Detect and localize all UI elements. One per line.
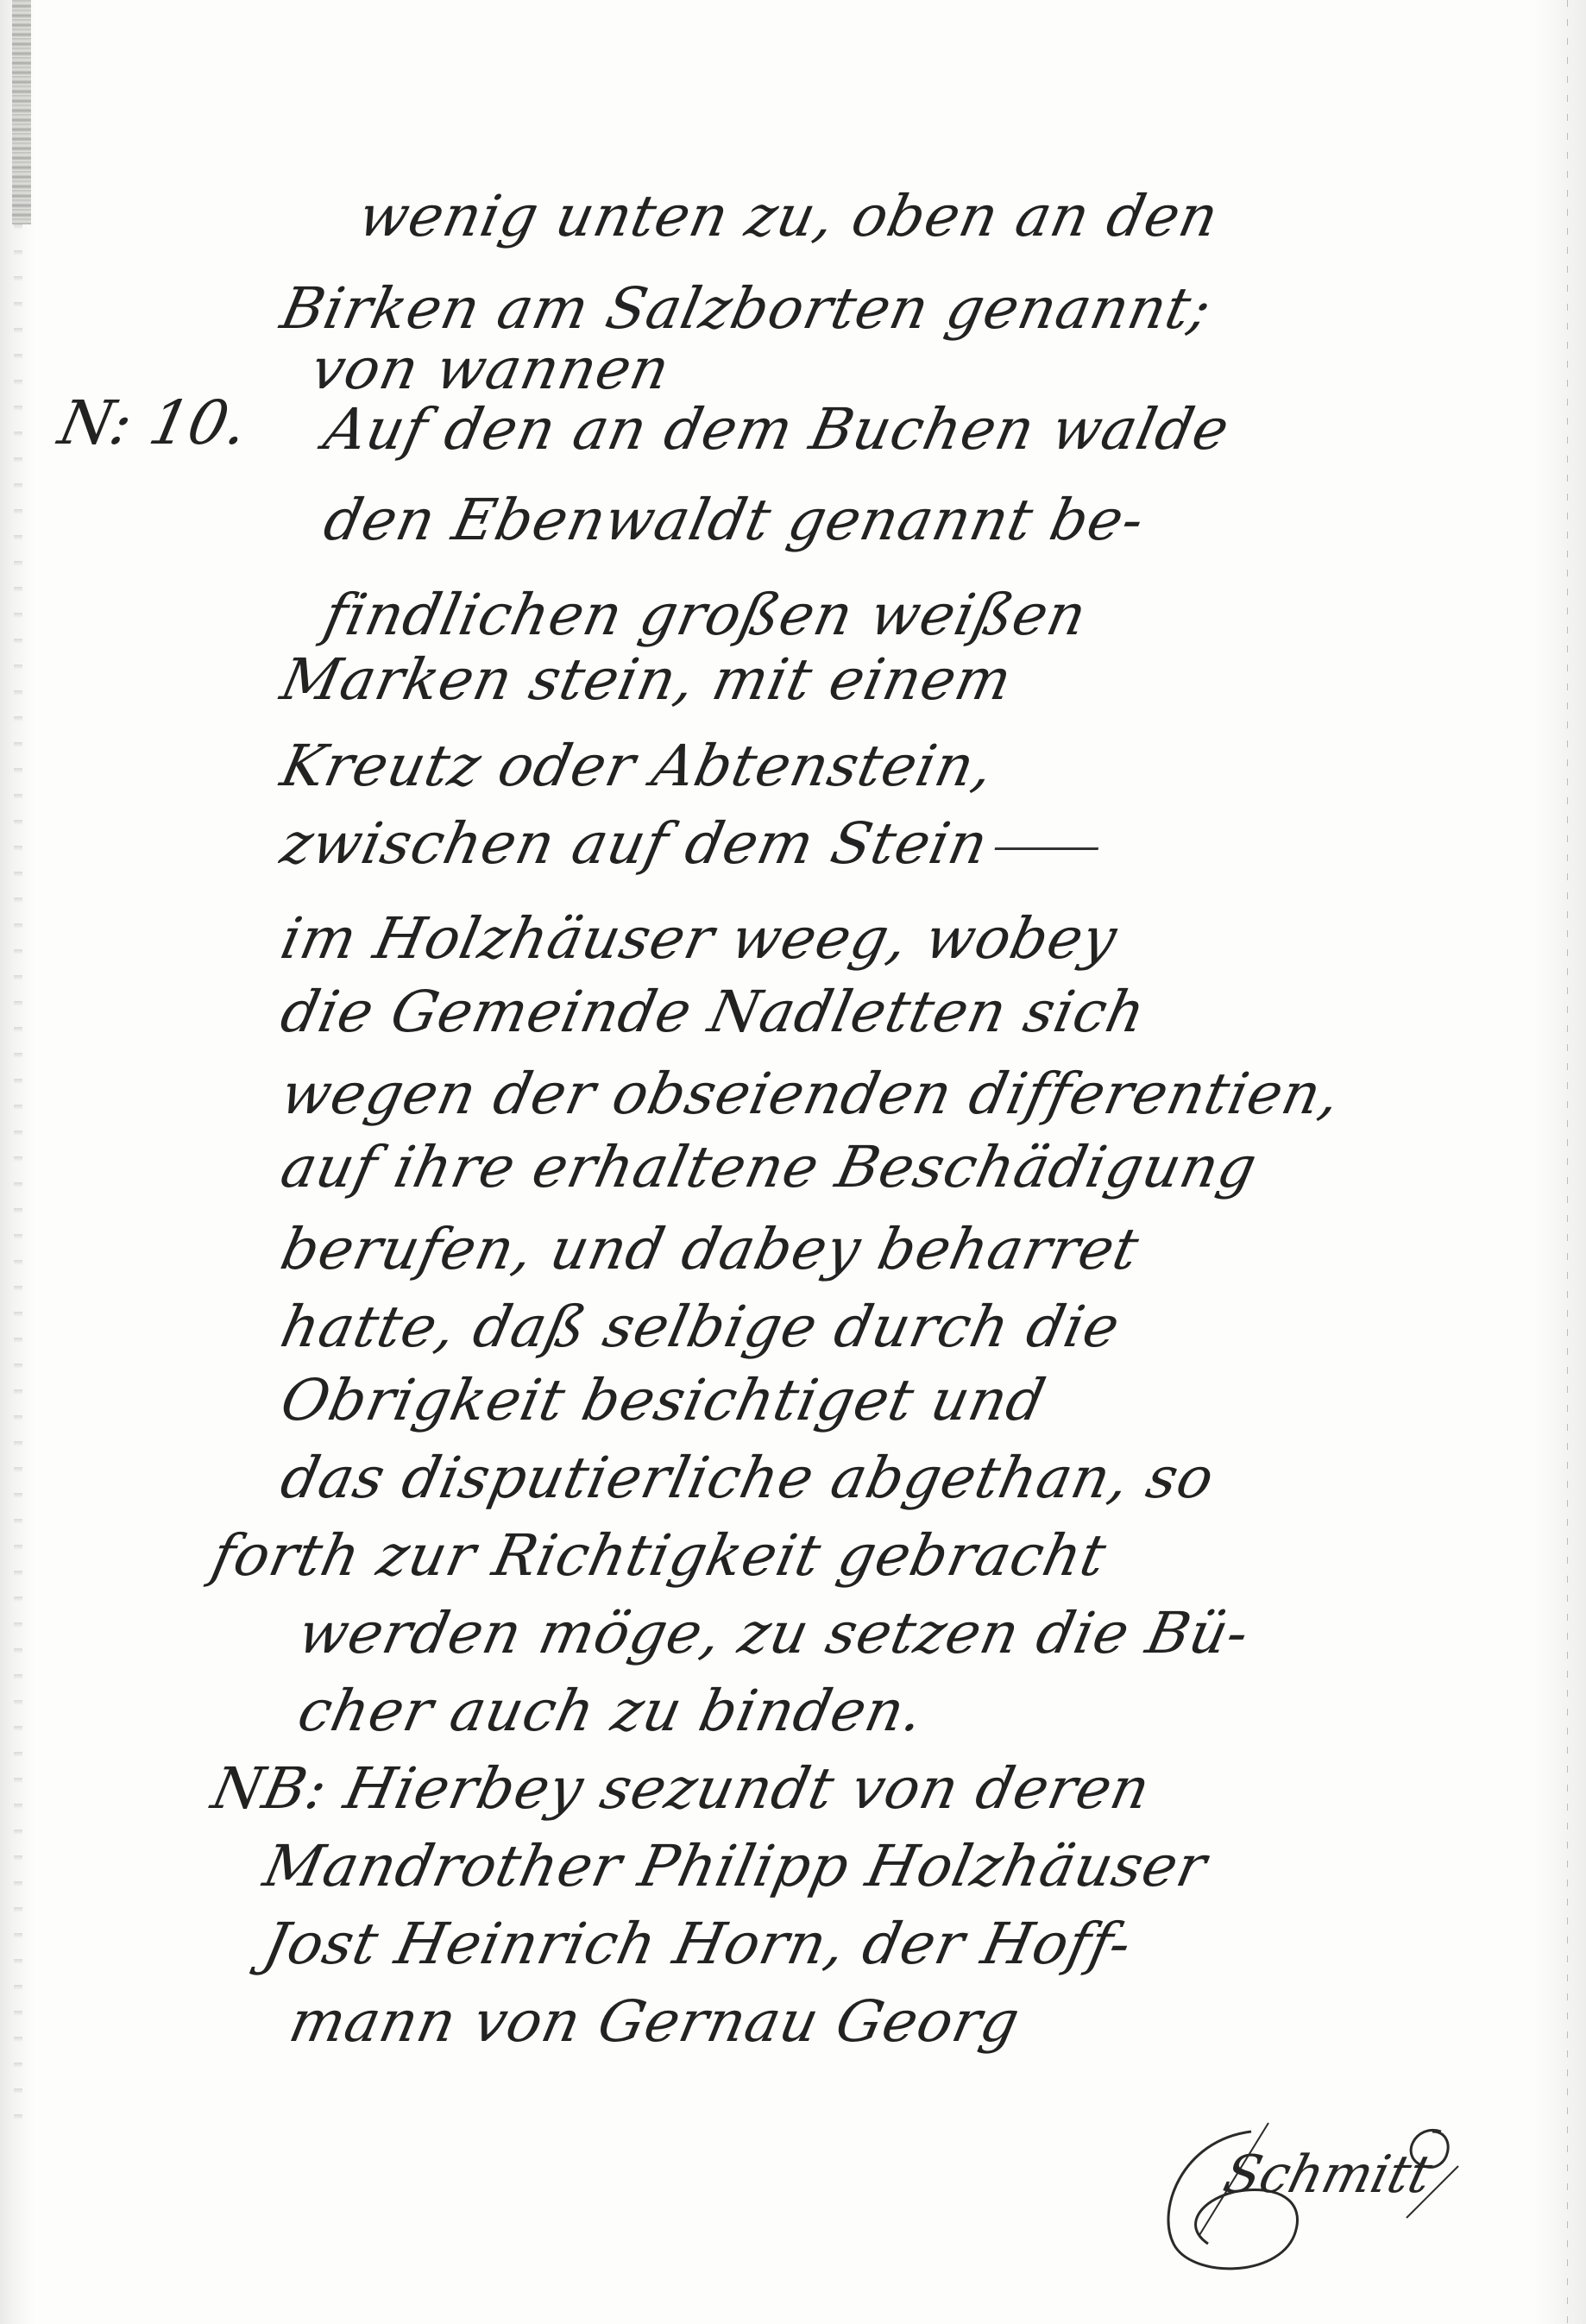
text-line-24: mann von Gernau Georg — [285, 1993, 1024, 2050]
text-line-5: den Ebenwaldt genannt be- — [319, 492, 1149, 549]
text-line-12: wegen der obseienden differentien, — [276, 1066, 1345, 1123]
text-line-11: die Gemeinde Nadletten sich — [276, 984, 1150, 1041]
text-line-23: Jost Heinrich Horn, der Hoff- — [259, 1916, 1136, 1973]
text-line-21: NB: Hierbey sezundt von deren — [207, 1760, 1155, 1817]
text-line-18: forth zur Richtigkeit gebracht — [207, 1527, 1111, 1584]
page-right-edge — [1534, 0, 1586, 2324]
text-line-9: zwischen auf dem Stein — [276, 816, 1105, 872]
text-line-15: hatte, daß selbige durch die — [276, 1299, 1124, 1356]
binding-edge — [0, 0, 35, 2324]
document-page: N: 10. wenig unten zu, oben an den Birke… — [0, 0, 1586, 2324]
text-line-14: berufen, und dabey beharret — [276, 1221, 1144, 1278]
text-line-8: Kreutz oder Abtenstein, — [276, 738, 998, 795]
line-filler-dash — [994, 847, 1098, 850]
text-line-20: cher auch zu binden. — [293, 1683, 928, 1740]
text-line-1: wenig unten zu, oben an den — [354, 188, 1224, 245]
text-line-19: werden möge, zu setzen die Bü- — [293, 1605, 1254, 1662]
text-line-10: im Holzhäuser weeg, wobey — [276, 910, 1122, 967]
text-line-17: das disputierliche abgethan, so — [276, 1450, 1219, 1507]
text-line-2: Birken am Salzborten genannt; — [276, 280, 1217, 337]
text-line-22: Mandrother Philipp Holzhäuser — [259, 1838, 1212, 1895]
text-line-3: von wannen — [306, 341, 675, 398]
text-line-6: findlichen großen weißen — [319, 587, 1092, 644]
signature-name: Schmitt — [1218, 2145, 1438, 2205]
text-line-4: Auf den an dem Buchen walde — [319, 401, 1234, 458]
text-line-13: auf ihre erhaltene Beschädigung — [276, 1139, 1262, 1196]
text-line-16: Obrigkeit besichtiget und — [276, 1372, 1050, 1429]
text-line-7: Marken stein, mit einem — [276, 652, 1017, 709]
entry-number: N: 10. — [54, 393, 254, 453]
